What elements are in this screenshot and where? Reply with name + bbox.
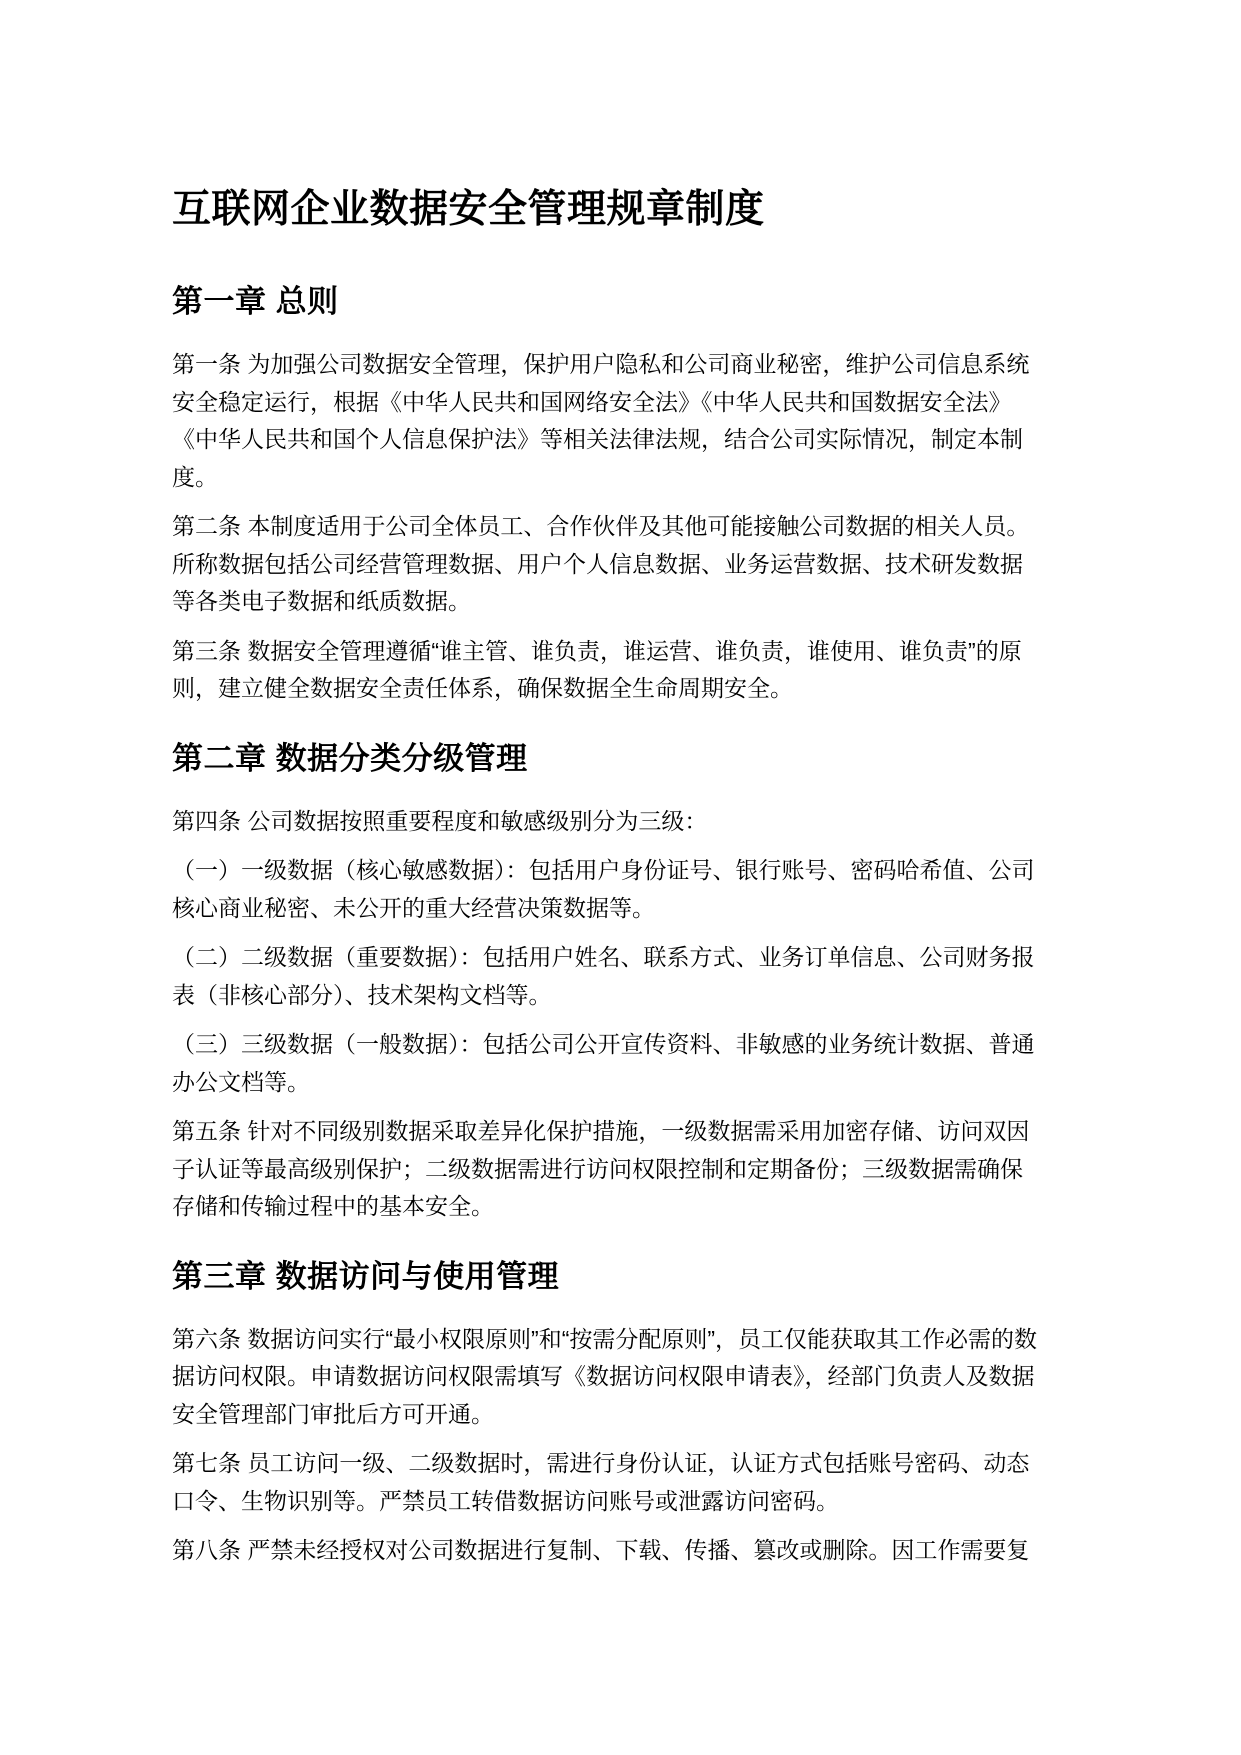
article-8-paragraph: 第八条 严禁未经授权对公司数据进行复制、下载、传播、篡改或删除。因工作需要复 — [172, 1532, 1044, 1570]
section-chapter-3: 第三章 数据访问与使用管理 第六条 数据访问实行“最小权限原则”和“按需分配原则… — [172, 1258, 1044, 1570]
article-3-paragraph: 第三条 数据安全管理遵循“谁主管、谁负责，谁运营、谁负责，谁使用、谁负责”的原则… — [172, 633, 1044, 708]
section-chapter-2: 第二章 数据分类分级管理 第四条 公司数据按照重要程度和敏感级别分为三级： （一… — [172, 740, 1044, 1226]
article-6-paragraph: 第六条 数据访问实行“最小权限原则”和“按需分配原则”，员工仅能获取其工作必需的… — [172, 1321, 1044, 1434]
chapter-2-heading: 第二章 数据分类分级管理 — [172, 740, 1044, 777]
article-4-item-3-paragraph: （三）三级数据（一般数据）：包括公司公开宣传资料、非敏感的业务统计数据、普通办公… — [172, 1026, 1044, 1101]
article-4-paragraph: 第四条 公司数据按照重要程度和敏感级别分为三级： — [172, 803, 1044, 841]
article-5-paragraph: 第五条 针对不同级别数据采取差异化保护措施，一级数据需采用加密存储、访问双因子认… — [172, 1113, 1044, 1226]
document-title: 互联网企业数据安全管理规章制度 — [172, 186, 1044, 233]
chapter-1-heading: 第一章 总则 — [172, 283, 1044, 320]
section-chapter-1: 第一章 总则 第一条 为加强公司数据安全管理，保护用户隐私和公司商业秘密，维护公… — [172, 283, 1044, 708]
article-4-item-1-paragraph: （一）一级数据（核心敏感数据）：包括用户身份证号、银行账号、密码哈希值、公司核心… — [172, 852, 1044, 927]
chapter-3-heading: 第三章 数据访问与使用管理 — [172, 1258, 1044, 1295]
article-7-paragraph: 第七条 员工访问一级、二级数据时，需进行身份认证，认证方式包括账号密码、动态口令… — [172, 1445, 1044, 1520]
article-4-item-2-paragraph: （二）二级数据（重要数据）：包括用户姓名、联系方式、业务订单信息、公司财务报表（… — [172, 939, 1044, 1014]
document-page: 互联网企业数据安全管理规章制度 第一章 总则 第一条 为加强公司数据安全管理，保… — [0, 0, 1241, 1755]
article-1-paragraph: 第一条 为加强公司数据安全管理，保护用户隐私和公司商业秘密，维护公司信息系统安全… — [172, 346, 1044, 496]
article-2-paragraph: 第二条 本制度适用于公司全体员工、合作伙伴及其他可能接触公司数据的相关人员。所称… — [172, 508, 1044, 621]
